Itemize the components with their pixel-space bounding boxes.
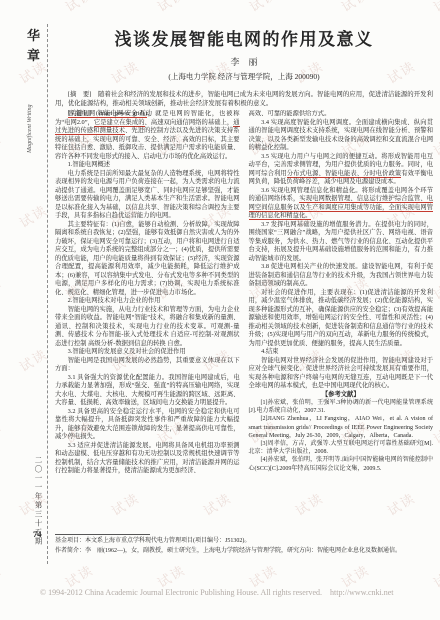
text-segment: 其主要特征有：(1)自愈，能够自动检测、分析故障，实现故障隔离和系统自我恢复；(… — [55, 221, 240, 296]
abstract-label: [摘 要] — [68, 91, 98, 98]
trial-watermark: 试读 — [15, 343, 51, 375]
text-segment: [3]周孝信，方吉，武强等.大型互联电网运行可靠性基础研究[M].北京：清华大学… — [249, 441, 434, 455]
trial-watermark: 试读 — [429, 0, 440, 16]
trial-watermark: 试读 — [0, 0, 5, 16]
page-number: 74 — [33, 529, 42, 539]
paragraph: 其主要特征有：(1)自愈，能够自动检测、分析故障，实现故障隔离和系统自我恢复；(… — [55, 221, 240, 298]
trial-watermark: 试读 — [15, 199, 51, 231]
reference-item: [4]孙宏斌，张伯明，张开明等.面向中国智能输电网的智能控制中心(SCC)[C]… — [249, 456, 434, 472]
trial-watermark: 试读 — [153, 559, 189, 591]
paragraph: 3.2 具备更高的安全稳定运行水平，电网的安全稳定和供电可靠性将大幅提升，具备抵… — [55, 408, 240, 442]
text-segment: 电力系统是目前所知最大最复杂的人造物理系统，电网将特性表现相异的发电电源与用户负… — [55, 170, 240, 220]
red-underline-annotation: 它是建立在集成的 — [94, 119, 145, 127]
section-heading: 1.智能电网概述 — [55, 161, 240, 170]
paragraph: 3.3 适应并促进清洁能源发展。电网将具备风电机组功率预测和动态建模、低电压穿越… — [55, 442, 240, 476]
text-segment: 3.8 促进电网相关产业的快速发展。建设智能电网，有利于促进装备制造和通信信息等… — [249, 263, 434, 287]
paragraph: 智能电网的实施，从电力行业技术和管理等方面，为电力企业带来全面的收益。智能电网“… — [55, 306, 240, 349]
paragraph: 3.5 实现电力用户与电网之间的便捷互动。将形成智能用电互动平台，完善需求侧管理… — [249, 153, 434, 187]
paragraph: 电力系统是目前所知最大最复杂的人造物理系统，电网将特性表现相异的发电电源与用户负… — [55, 170, 240, 221]
trial-watermark: 试读 — [0, 127, 5, 159]
paragraph: 智能电网是我国电网发展的必然趋势，其重要意义体现在以下方面： — [55, 357, 240, 374]
trial-watermark: 试读 — [0, 415, 5, 447]
paper-title: 浅谈发展智能电网的作用及意义 — [55, 25, 433, 50]
text-segment: 4.结束 — [261, 348, 278, 355]
paragraph: 3.6 实现电网管理信息化和精益化。将形成覆盖电网各个环节的通信网络体系，实现电… — [249, 187, 434, 221]
section-heading: 4.结束 — [249, 348, 434, 357]
references-heading: 【参考文献】 — [249, 391, 434, 400]
text-segment: 3.2 具备更高的安全稳定运行水平，电网的安全稳定和供电可靠性将大幅提升，具备抵… — [55, 408, 240, 441]
paragraph: 3.1 具备强大的资源优化配置能力。我国智能电网建成后，电力承载能力显著加强，形… — [55, 374, 240, 408]
paragraph: 3.4 实现高度智能化的电网调度。全面建成横向集成、纵向贯通的智能电网调度技术支… — [249, 119, 434, 153]
text-segment: 智能电网的实施，从电力行业技术和管理等方面，为电力企业带来全面的收益。智能电网“… — [55, 306, 240, 347]
red-underline-annotation: 智能电网(smart power grids) — [68, 110, 148, 118]
text-segment: 高效、可靠的能源供给方式。 — [249, 110, 331, 117]
author-affiliation: (上海电力学院 经济与管理学院，上海 200090) — [55, 71, 433, 82]
trial-watermark: 试读 — [337, 559, 373, 591]
text-segment: 3.7 发挥电网基础设施的增值服务潜力。在提供电力的同时，围绕国家“三网融合”战… — [249, 221, 434, 262]
trial-watermark: 试读 — [245, 0, 281, 16]
journal-page: 华章 Magnificent Writing 二〇一一年第三十五期 74 浅谈发… — [0, 0, 440, 620]
trial-watermark: 试读 — [153, 0, 189, 16]
trial-watermark: 试读 — [0, 559, 5, 591]
left-column: 智能电网(smart power grids)，就是电网的智能化，也被称为“电网… — [55, 110, 240, 536]
author-name: 李 丽 — [55, 55, 433, 68]
text-segment: 3.4 实现高度智能化的电网调度。全面建成横向集成、纵向贯通的智能电网调度技术支… — [249, 119, 434, 152]
paragraph: 3.8 促进电网相关产业的快速发展。建设智能电网，有利于促进装备制造和通信信息等… — [249, 263, 434, 289]
trial-watermark: 试读 — [0, 271, 5, 303]
reference-item: [2]JIANG Zhenhua，LI Fangxing，AIAO Wei，et… — [249, 415, 434, 440]
text-segment: [4]孙宏斌，张伯明，张开明等.面向中国智能输电网的智能控制中心(SCC)[C]… — [249, 457, 434, 471]
text-segment: [2]JIANG Zhenhua，LI Fangxing，AIAO Wei，et… — [249, 416, 434, 438]
author-bio-note: 作者简介：李 丽(1962—)，女，副教授，硕士研究生，上海电力学院经济与管理学… — [55, 547, 433, 557]
footnote: 基金项目：本文系上海市重点学科现代电力管理项目(项目编号：J51302)。 作者… — [55, 534, 433, 556]
text-segment: [1]孙宏斌，张伯明，王强军.3种协调的新一代电网能量管理系统[J].电力系统自… — [249, 400, 434, 414]
text-segment: 3.1 具备强大的资源优化配置能力。我国智能电网建成后，电力承载能力显著加强，形… — [55, 374, 240, 407]
paragraph: 3.7 发挥电网基础设施的增值服务潜力。在提供电力的同时，围绕国家“三网融合”战… — [249, 221, 434, 264]
paper-header: 浅谈发展智能电网的作用及意义 李 丽 (上海电力学院 经济与管理学院，上海 20… — [55, 25, 433, 118]
paragraph: 智能电网对世界经济社会发展的促进作用，智能电网建设对于应对全球气候变化、促进世界… — [249, 357, 434, 391]
text-segment: 3.3 适应并促进清洁能源发展。电网将具备风电机组功率预测和动态建模、低电压穿越… — [55, 442, 240, 475]
right-column: 高效、可靠的能源供给方式。3.4 实现高度智能化的电网调度。全面建成横向集成、纵… — [249, 110, 434, 536]
sidebar-divider — [47, 24, 48, 564]
text-segment: 2.智能电网技术对电力企业的作用 — [68, 297, 161, 304]
trial-watermark: 试读 — [429, 559, 440, 591]
journal-brand-english: Magnificent Writing — [27, 78, 33, 153]
text-segment: 智能电网是我国电网发展的必然趋势，其重要意义体现在以下方面： — [55, 357, 240, 373]
reference-item: [1]孙宏斌，张伯明，王强军.3种协调的新一代电网能量管理系统[J].电力系统自… — [249, 399, 434, 415]
trial-watermark: 试读 — [61, 559, 97, 591]
fund-note: 基金项目：本文系上海市重点学科现代电力管理项目(项目编号：J51302)。 — [55, 537, 433, 547]
paragraph: 高效、可靠的能源供给方式。 — [249, 110, 434, 119]
paragraph: 对社会的促进作用，主要表现在：(1)促进清洁能源的开发利用，减少温室气体排放，推… — [249, 289, 434, 349]
abstract-text: 随着社会和经济的发展和技术的进步，智能电网已成为未来电网的发展方向。智能电网的应… — [55, 91, 433, 107]
trial-watermark: 试读 — [337, 0, 373, 16]
section-heading: 3.智能电网的发展意义及对社会的促进作用 — [55, 348, 240, 357]
trial-watermark: 试读 — [245, 559, 281, 591]
text-segment: 【参考文献】 — [322, 391, 360, 398]
text-segment: 对社会的促进作用，主要表现在：(1)促进清洁能源的开发利用，减少温室气体排放，推… — [249, 289, 434, 347]
body-columns: 智能电网(smart power grids)，就是电网的智能化，也被称为“电网… — [55, 110, 433, 536]
trial-watermark: 试读 — [61, 0, 97, 16]
copyright-line: © 1994-2012 China Academic Journal Elect… — [40, 588, 394, 597]
journal-brand-logo: 华章 — [26, 26, 41, 66]
reference-item: [3]周孝信，方吉，武强等.大型互联电网运行可靠性基础研究[M].北京：清华大学… — [249, 440, 434, 456]
red-underline-annotation: 分布式电源、智能电能表、分时电价政策 — [287, 170, 402, 178]
text-segment: 智能电网对世界经济社会发展的促进作用，智能电网建设对于应对全球气候变化、促进世界… — [249, 357, 434, 390]
footnote-divider — [55, 534, 150, 535]
section-heading: 2.智能电网技术对电力企业的作用 — [55, 297, 240, 306]
text-segment: 、高速双向通信网络的基础上， — [145, 119, 234, 126]
text-segment: 3.智能电网的发展意义及对社会的促进作用 — [68, 348, 186, 355]
paragraph: 智能电网(smart power grids)，就是电网的智能化，也被称为“电网… — [55, 110, 240, 161]
abstract: [摘 要] 随着社会和经济的发展和技术的进步，智能电网已成为未来电网的发展方向。… — [55, 90, 433, 108]
text-segment: 1.智能电网概述 — [68, 161, 111, 168]
